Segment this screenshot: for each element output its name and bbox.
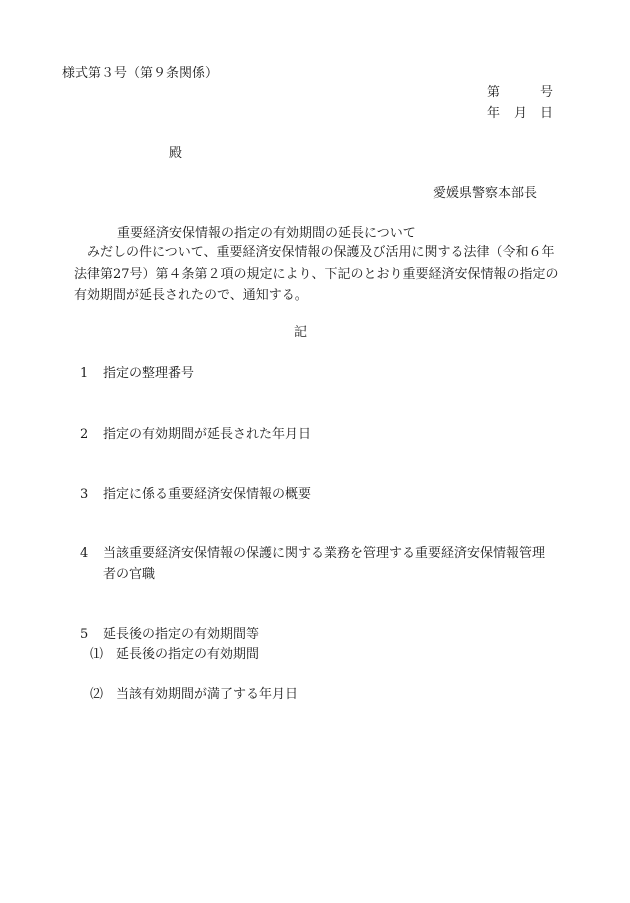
subject-title: 重要経済安保情報の指定の有効期間の延長について <box>117 227 416 240</box>
subitem-2-number: ⑵ <box>90 688 103 701</box>
body-paragraph: みだしの件について、重要経済安保情報の保護及び活用に関する法律（令和６年法律第2… <box>74 242 559 307</box>
document-number-prefix: 第 <box>487 86 500 99</box>
ki-heading: 記 <box>294 326 307 339</box>
date-month: 月 <box>514 107 527 120</box>
item-2-text: 指定の有効期間が延長された年月日 <box>103 428 311 441</box>
subitem-1-text: 延長後の指定の有効期間 <box>116 648 259 661</box>
item-5-text: 延長後の指定の有効期間等 <box>103 628 259 641</box>
item-2-number: 2 <box>80 428 88 441</box>
form-label: 様式第３号（第９条関係） <box>62 67 218 80</box>
date-day: 日 <box>540 107 553 120</box>
item-1-number: 1 <box>80 367 88 380</box>
item-1-text: 指定の整理番号 <box>103 367 194 380</box>
item-3-text: 指定に係る重要経済安保情報の概要 <box>103 488 311 501</box>
item-4-number: 4 <box>80 547 88 560</box>
document-number-suffix: 号 <box>540 86 553 99</box>
addressee-honorific: 殿 <box>169 147 182 160</box>
date-year: 年 <box>487 107 500 120</box>
item-5-number: 5 <box>80 628 88 641</box>
item-3-number: 3 <box>80 488 88 501</box>
sender-name: 愛媛県警察本部長 <box>433 187 537 200</box>
subitem-2-text: 当該有効期間が満了する年月日 <box>116 688 298 701</box>
subitem-1-number: ⑴ <box>90 648 103 661</box>
item-4-text: 当該重要経済安保情報の保護に関する業務を管理する重要経済安保情報管理 <box>103 547 545 560</box>
item-4-text-continued: 者の官職 <box>103 568 155 581</box>
